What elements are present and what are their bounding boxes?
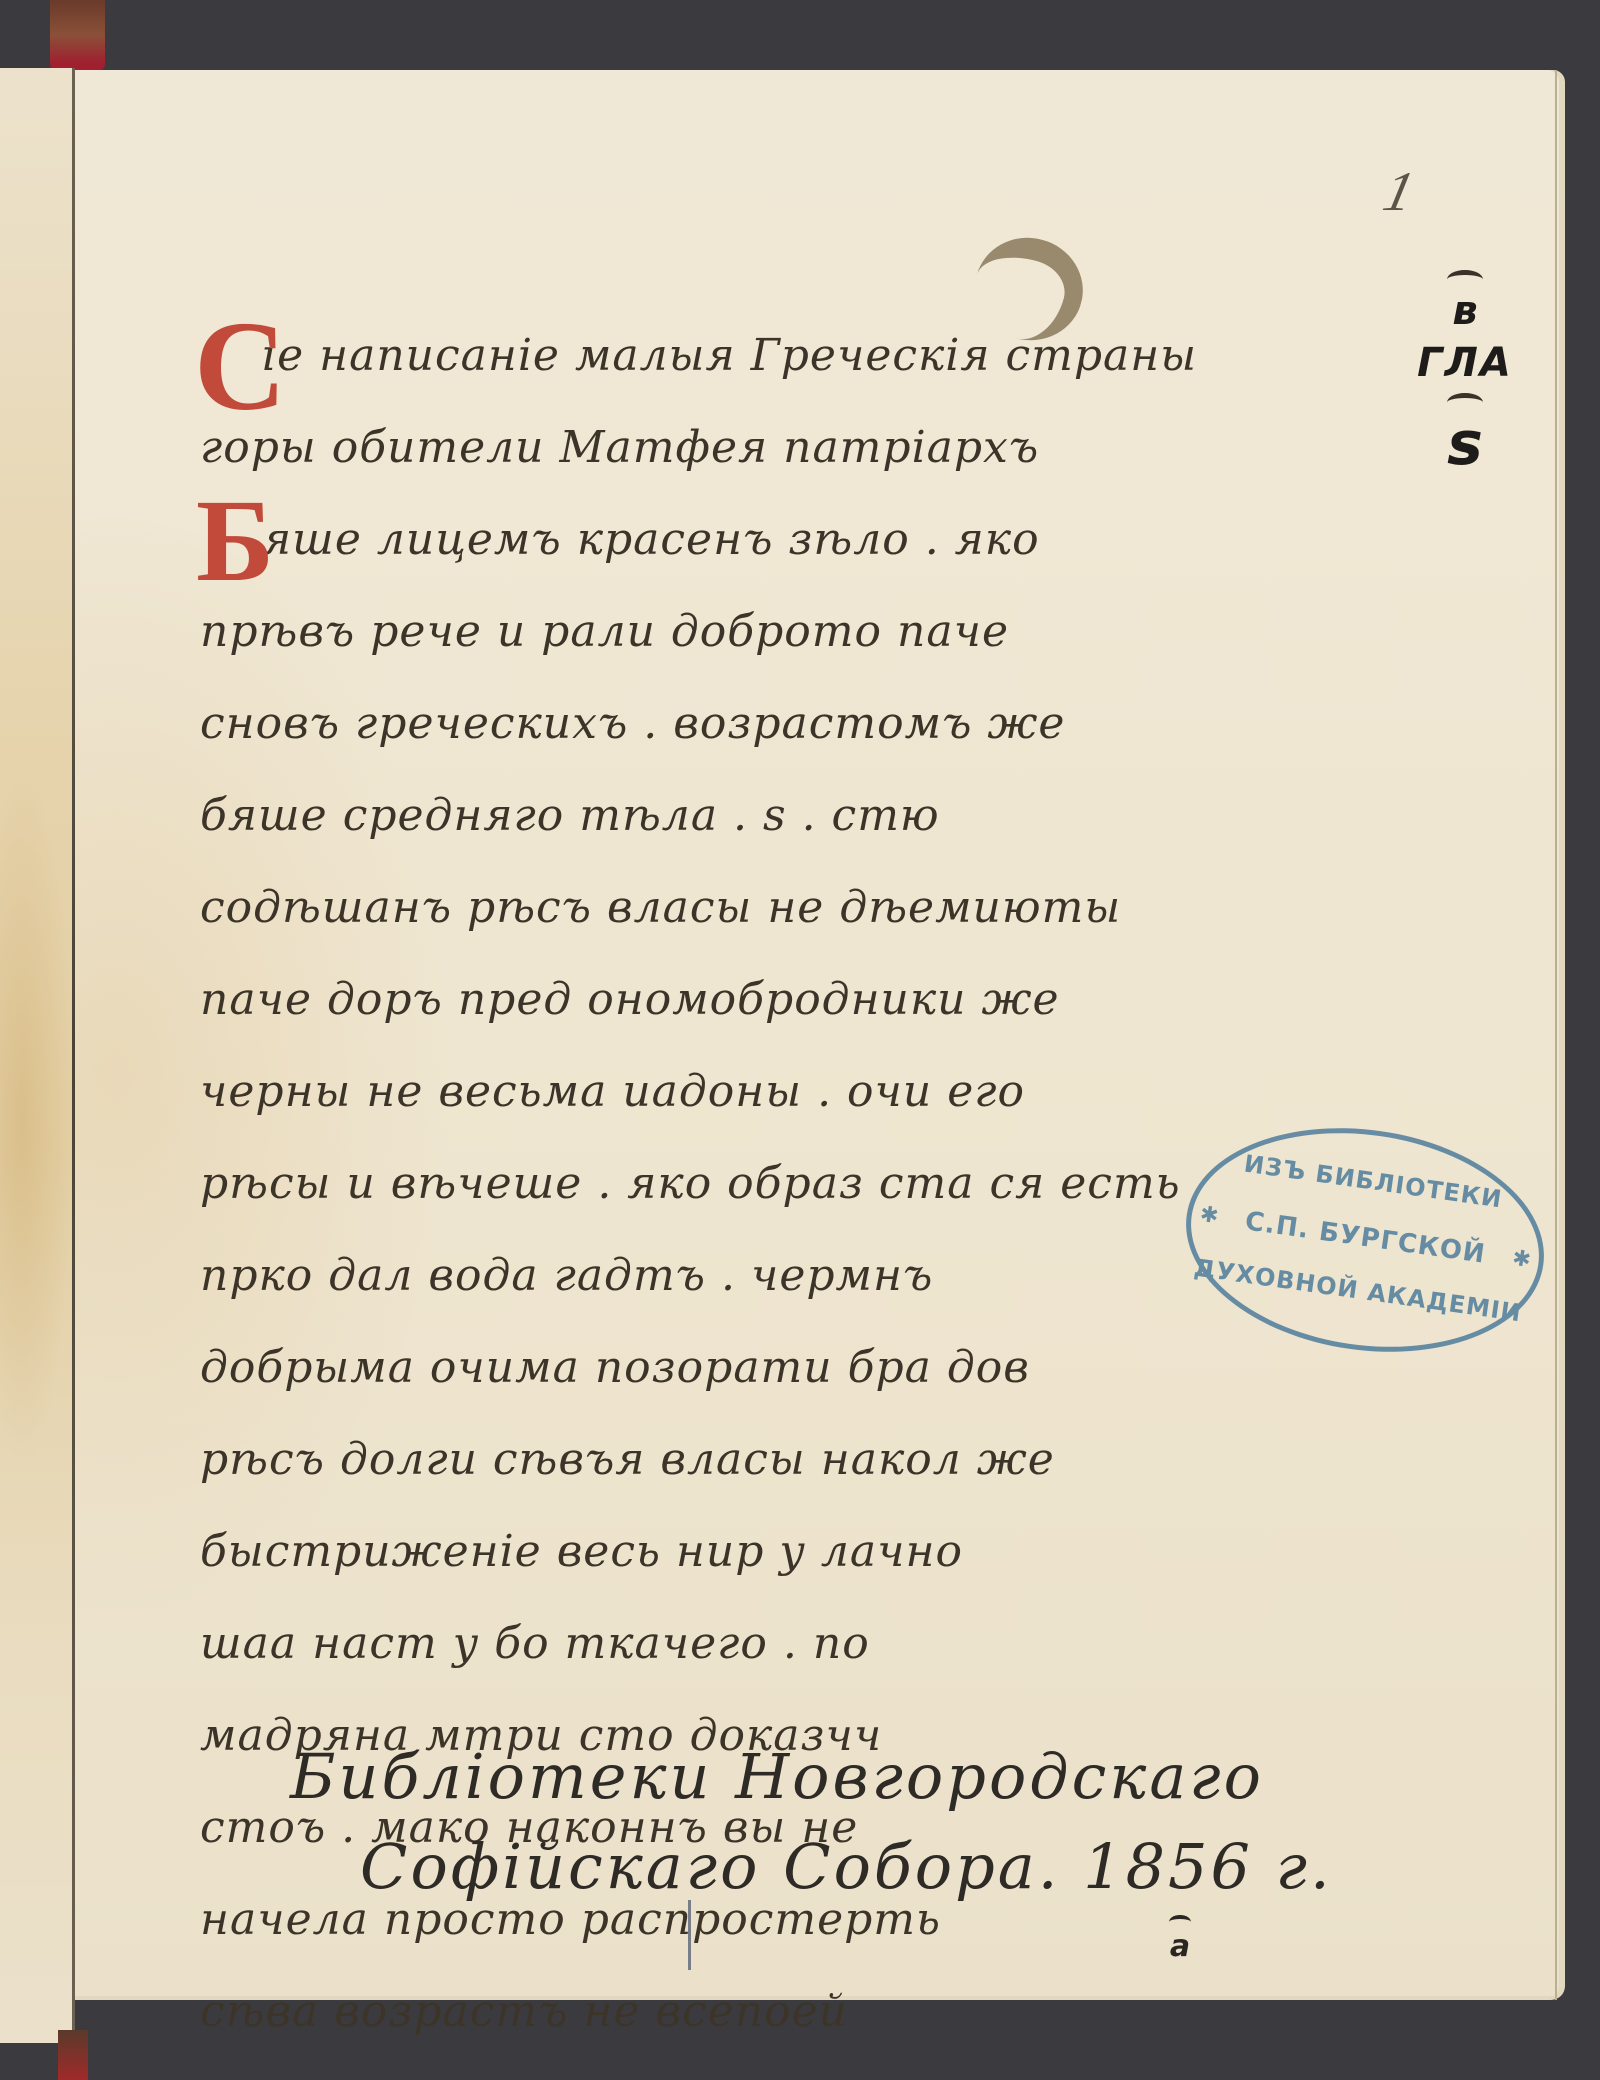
provenance-note-line-1: Библіотеки Новгородскаго	[290, 1740, 1264, 1813]
binding-spine	[58, 2030, 88, 2080]
text-line: бяше средняго тѣла . ѕ . стю	[200, 770, 1280, 862]
text-line: быстриженіе весь нир у лачно	[200, 1506, 1280, 1598]
pencil-mark	[688, 1900, 691, 1970]
text-line: содѣшанъ рѣсъ власы не дѣемиюты	[200, 862, 1280, 954]
text-line: сновъ греческихъ . возрастомъ же	[200, 678, 1280, 770]
text-line: шаа наст у бо ткачего . по	[200, 1598, 1280, 1690]
titlo-mark-icon	[1447, 270, 1483, 289]
text-line: рѣсъ долги сѣвъя власы накол же	[200, 1414, 1280, 1506]
provenance-note-line-2: Софійскаго Собора. 1856 г.	[360, 1830, 1333, 1903]
chapter-numeral-bottom: ѕ	[1415, 412, 1515, 476]
water-stain	[0, 768, 74, 1468]
rubric-initial-b: Б	[196, 482, 274, 600]
titlo-mark-icon	[1169, 1915, 1191, 1929]
text-line: горы обители Матфея патріархъ	[200, 402, 1280, 494]
signature-letter: а	[1170, 1929, 1190, 1964]
text-line: іе написаніе малыя Греческія страны	[200, 310, 1280, 402]
bookmark-ribbon	[50, 0, 105, 70]
text-line: прко дал вода гадтъ . чермнъ	[200, 1230, 1280, 1322]
text-line: рѣсы и вѣчеше . яко образ ста ся есть	[200, 1138, 1280, 1230]
chapter-label: ГЛА	[1415, 333, 1515, 393]
text-line: черны не весьма иадоны . очи его	[200, 1046, 1280, 1138]
quire-signature: а	[1160, 1915, 1200, 1964]
rubric-initial-s: С	[194, 302, 286, 430]
text-line: добрыма очима позорати бра дов	[200, 1322, 1280, 1414]
text-line: яше лицемъ красенъ зѣло . яко	[200, 494, 1280, 586]
text-line: прѣвъ рече и рали доброто паче	[200, 586, 1280, 678]
star-ornament-icon: ✱	[1511, 1246, 1533, 1273]
page-edge-line	[1555, 70, 1557, 2000]
margin-chapter-note: в ГЛА ѕ	[1415, 270, 1515, 476]
facing-page-edge	[0, 68, 74, 2043]
text-line: паче доръ пред ономобродники же	[200, 954, 1280, 1046]
chapter-numeral: в	[1415, 289, 1515, 333]
text-line: сѣва возрастъ не всепоей	[200, 1966, 1280, 2058]
